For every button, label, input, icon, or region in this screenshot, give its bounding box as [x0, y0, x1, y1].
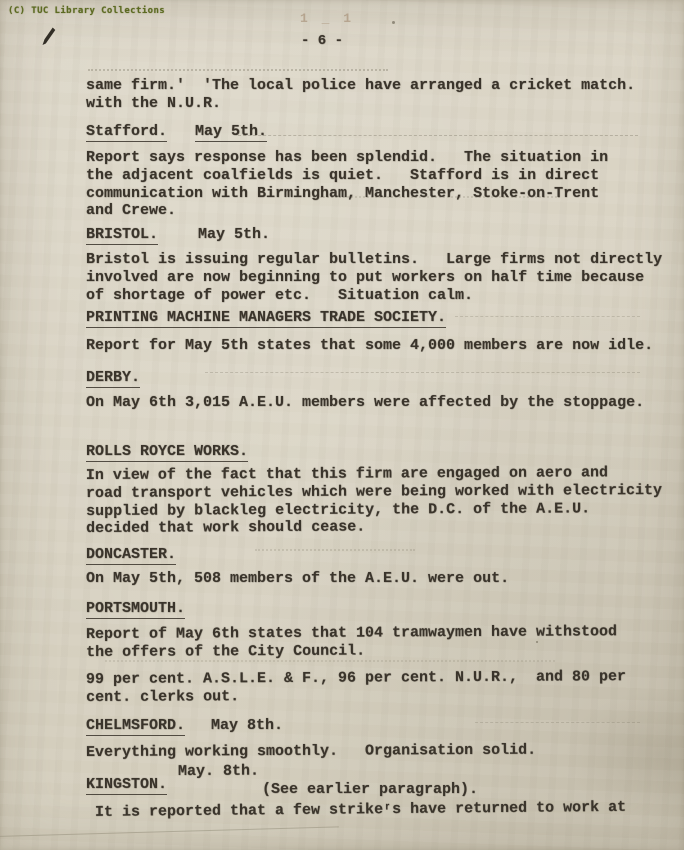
section-body-printing-society: Report for May 5th states that some 4,00…: [86, 337, 653, 355]
kingston-note: (See earlier paragraph).: [262, 781, 478, 799]
heading-text: PRINTING MACHINE MANAGERS TRADE SOCIETY.: [86, 309, 446, 328]
section-body2-portsmouth: 99 per cent. A.S.L.E. & F., 96 per cent.…: [86, 668, 626, 706]
heading-text: DONCASTER.: [86, 546, 176, 565]
heading-date: May 5th.: [195, 123, 267, 142]
faint-corner-mark: 1 _ 1: [300, 11, 354, 26]
ink-blot-mark: [41, 26, 56, 48]
bleedthrough-mark: [455, 316, 640, 317]
heading-text: CHELMSFORD.: [86, 717, 185, 736]
bleedthrough-mark: [475, 722, 640, 723]
heading-text: ROLLS ROYCE WORKS.: [86, 443, 248, 462]
section-heading-rolls-royce: ROLLS ROYCE WORKS.: [86, 443, 248, 461]
section-body-doncaster: On May 5th, 508 members of the A.E.U. we…: [86, 570, 509, 588]
heading-text: BRISTOL.: [86, 226, 158, 245]
bleedthrough-mark: [255, 549, 415, 551]
bleedthrough-mark: [205, 372, 640, 373]
bleedthrough-mark: [238, 135, 638, 136]
section-heading-doncaster: DONCASTER.: [86, 546, 176, 564]
section-heading-kingston: KINGSTON.: [86, 776, 167, 794]
page-number: - 6 -: [301, 33, 343, 51]
paper-crease: [0, 826, 339, 837]
heading-date: May 8th.: [211, 717, 283, 734]
section-body-derby: On May 6th 3,015 A.E.U. members were aff…: [86, 394, 644, 412]
section-heading-printing-society: PRINTING MACHINE MANAGERS TRADE SOCIETY.: [86, 309, 446, 327]
section-heading-bristol: BRISTOL.May 5th.: [86, 226, 270, 244]
heading-date: May 5th.: [198, 226, 270, 243]
heading-text: Stafford.: [86, 123, 167, 142]
section-body-stafford: Report says response has been splendid. …: [86, 149, 608, 220]
section-body-kingston: It is reported that a few strikeʳs have …: [86, 799, 626, 822]
heading-text: PORTSMOUTH.: [86, 600, 185, 619]
bleedthrough-mark: [88, 69, 388, 71]
section-heading-stafford: Stafford.May 5th.: [86, 123, 267, 141]
section-body-chelmsford: Everything working smoothly. Organisatio…: [86, 742, 536, 762]
section-body-rolls-royce: In view of the fact that this firm are e…: [86, 464, 662, 538]
section-heading-chelmsford: CHELMSFORD.May 8th.: [86, 717, 283, 735]
heading-text: DERBY.: [86, 369, 140, 388]
heading-date-kingston: May. 8th.: [178, 763, 259, 781]
document-page: (C) TUC Library Collections 1 _ 1 - 6 - …: [0, 0, 684, 850]
section-heading-derby: DERBY.: [86, 369, 140, 387]
section-body-bristol: Bristol is issuing regular bulletins. La…: [86, 251, 662, 304]
intro-paragraph: same firm.' 'The local police have arran…: [86, 77, 635, 113]
library-watermark: (C) TUC Library Collections: [8, 6, 165, 16]
heading-text: KINGSTON.: [86, 776, 167, 795]
paper-speck: [392, 21, 395, 24]
section-heading-portsmouth: PORTSMOUTH.: [86, 600, 185, 618]
section-body-portsmouth: Report of May 6th states that 104 tramwa…: [86, 623, 617, 661]
